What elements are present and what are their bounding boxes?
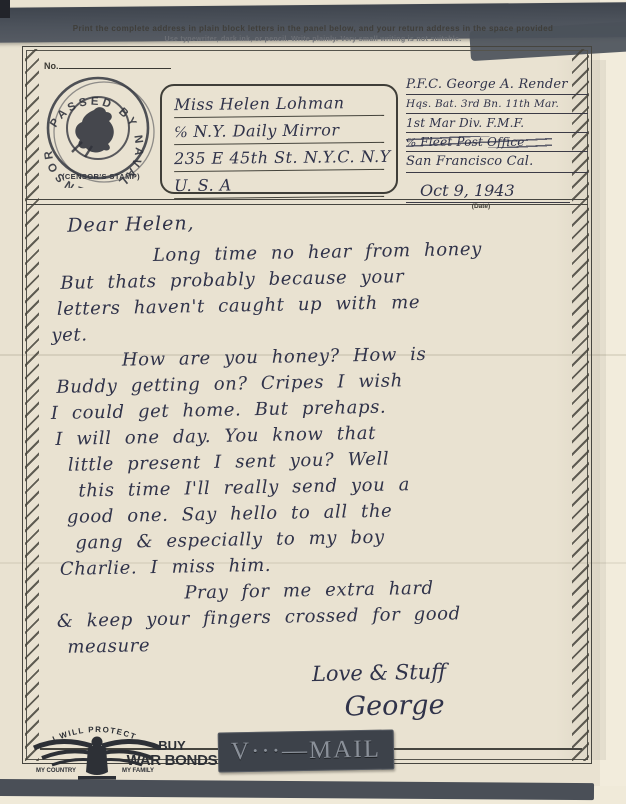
buy-label: BUY (126, 739, 218, 753)
sender-line: 1st Mar Div. F.M.F. (406, 114, 588, 133)
letter-signature: George (344, 687, 581, 728)
vmail-banner-text: V···—MAIL (231, 736, 381, 767)
recipient-line: ℅ N.Y. Daily Mirror (174, 116, 384, 145)
instruction-line-2: Use typewriter, dark ink, or pencil. Wri… (0, 36, 626, 43)
vmail-banner: V···—MAIL (218, 729, 395, 772)
letter-body: Dear Helen, Long time no hear from honey… (47, 205, 581, 733)
sender-line-struck: ℅ Fleet Post Office (406, 133, 588, 152)
censor-eagle-icon (73, 107, 114, 156)
recipient-address-panel: Miss Helen Lohman ℅ N.Y. Daily Mirror 23… (160, 84, 398, 194)
letter-date: Oct 9, 1943 (406, 180, 570, 203)
sender-line: Hqs. Bat. 3rd Bn. 11th Mar. (406, 95, 588, 114)
buy-war-bonds: BUY WAR BONDS (126, 739, 218, 768)
eagle-left-wing (34, 741, 92, 748)
corner-smudge (0, 0, 10, 18)
emblem-left-text: MY COUNTRY (36, 768, 76, 774)
sender-address-block: P.F.C. George A. Render Hqs. Bat. 3rd Bn… (406, 74, 588, 210)
sender-line: San Francisco Cal. (406, 152, 588, 173)
naval-censor-stamp: PASSED BY NAVAL • CENSOR (34, 70, 170, 188)
emblem-right-text: MY FAMILY (122, 768, 154, 774)
number-blank-line (59, 60, 171, 69)
war-bonds-label: WAR BONDS (126, 753, 218, 769)
recipient-line: U. S. A (174, 170, 384, 199)
instruction-line-1: Print the complete address in plain bloc… (0, 24, 626, 33)
recipient-line: 235 E 45th St. N.Y.C. N.Y (174, 143, 384, 172)
eagle-body (86, 745, 108, 775)
emblem-pedestal (78, 776, 116, 780)
sender-line: P.F.C. George A. Render (406, 74, 588, 95)
vmail-letter-scan: Print the complete address in plain bloc… (0, 0, 626, 804)
recipient-line: Miss Helen Lohman (174, 89, 384, 118)
